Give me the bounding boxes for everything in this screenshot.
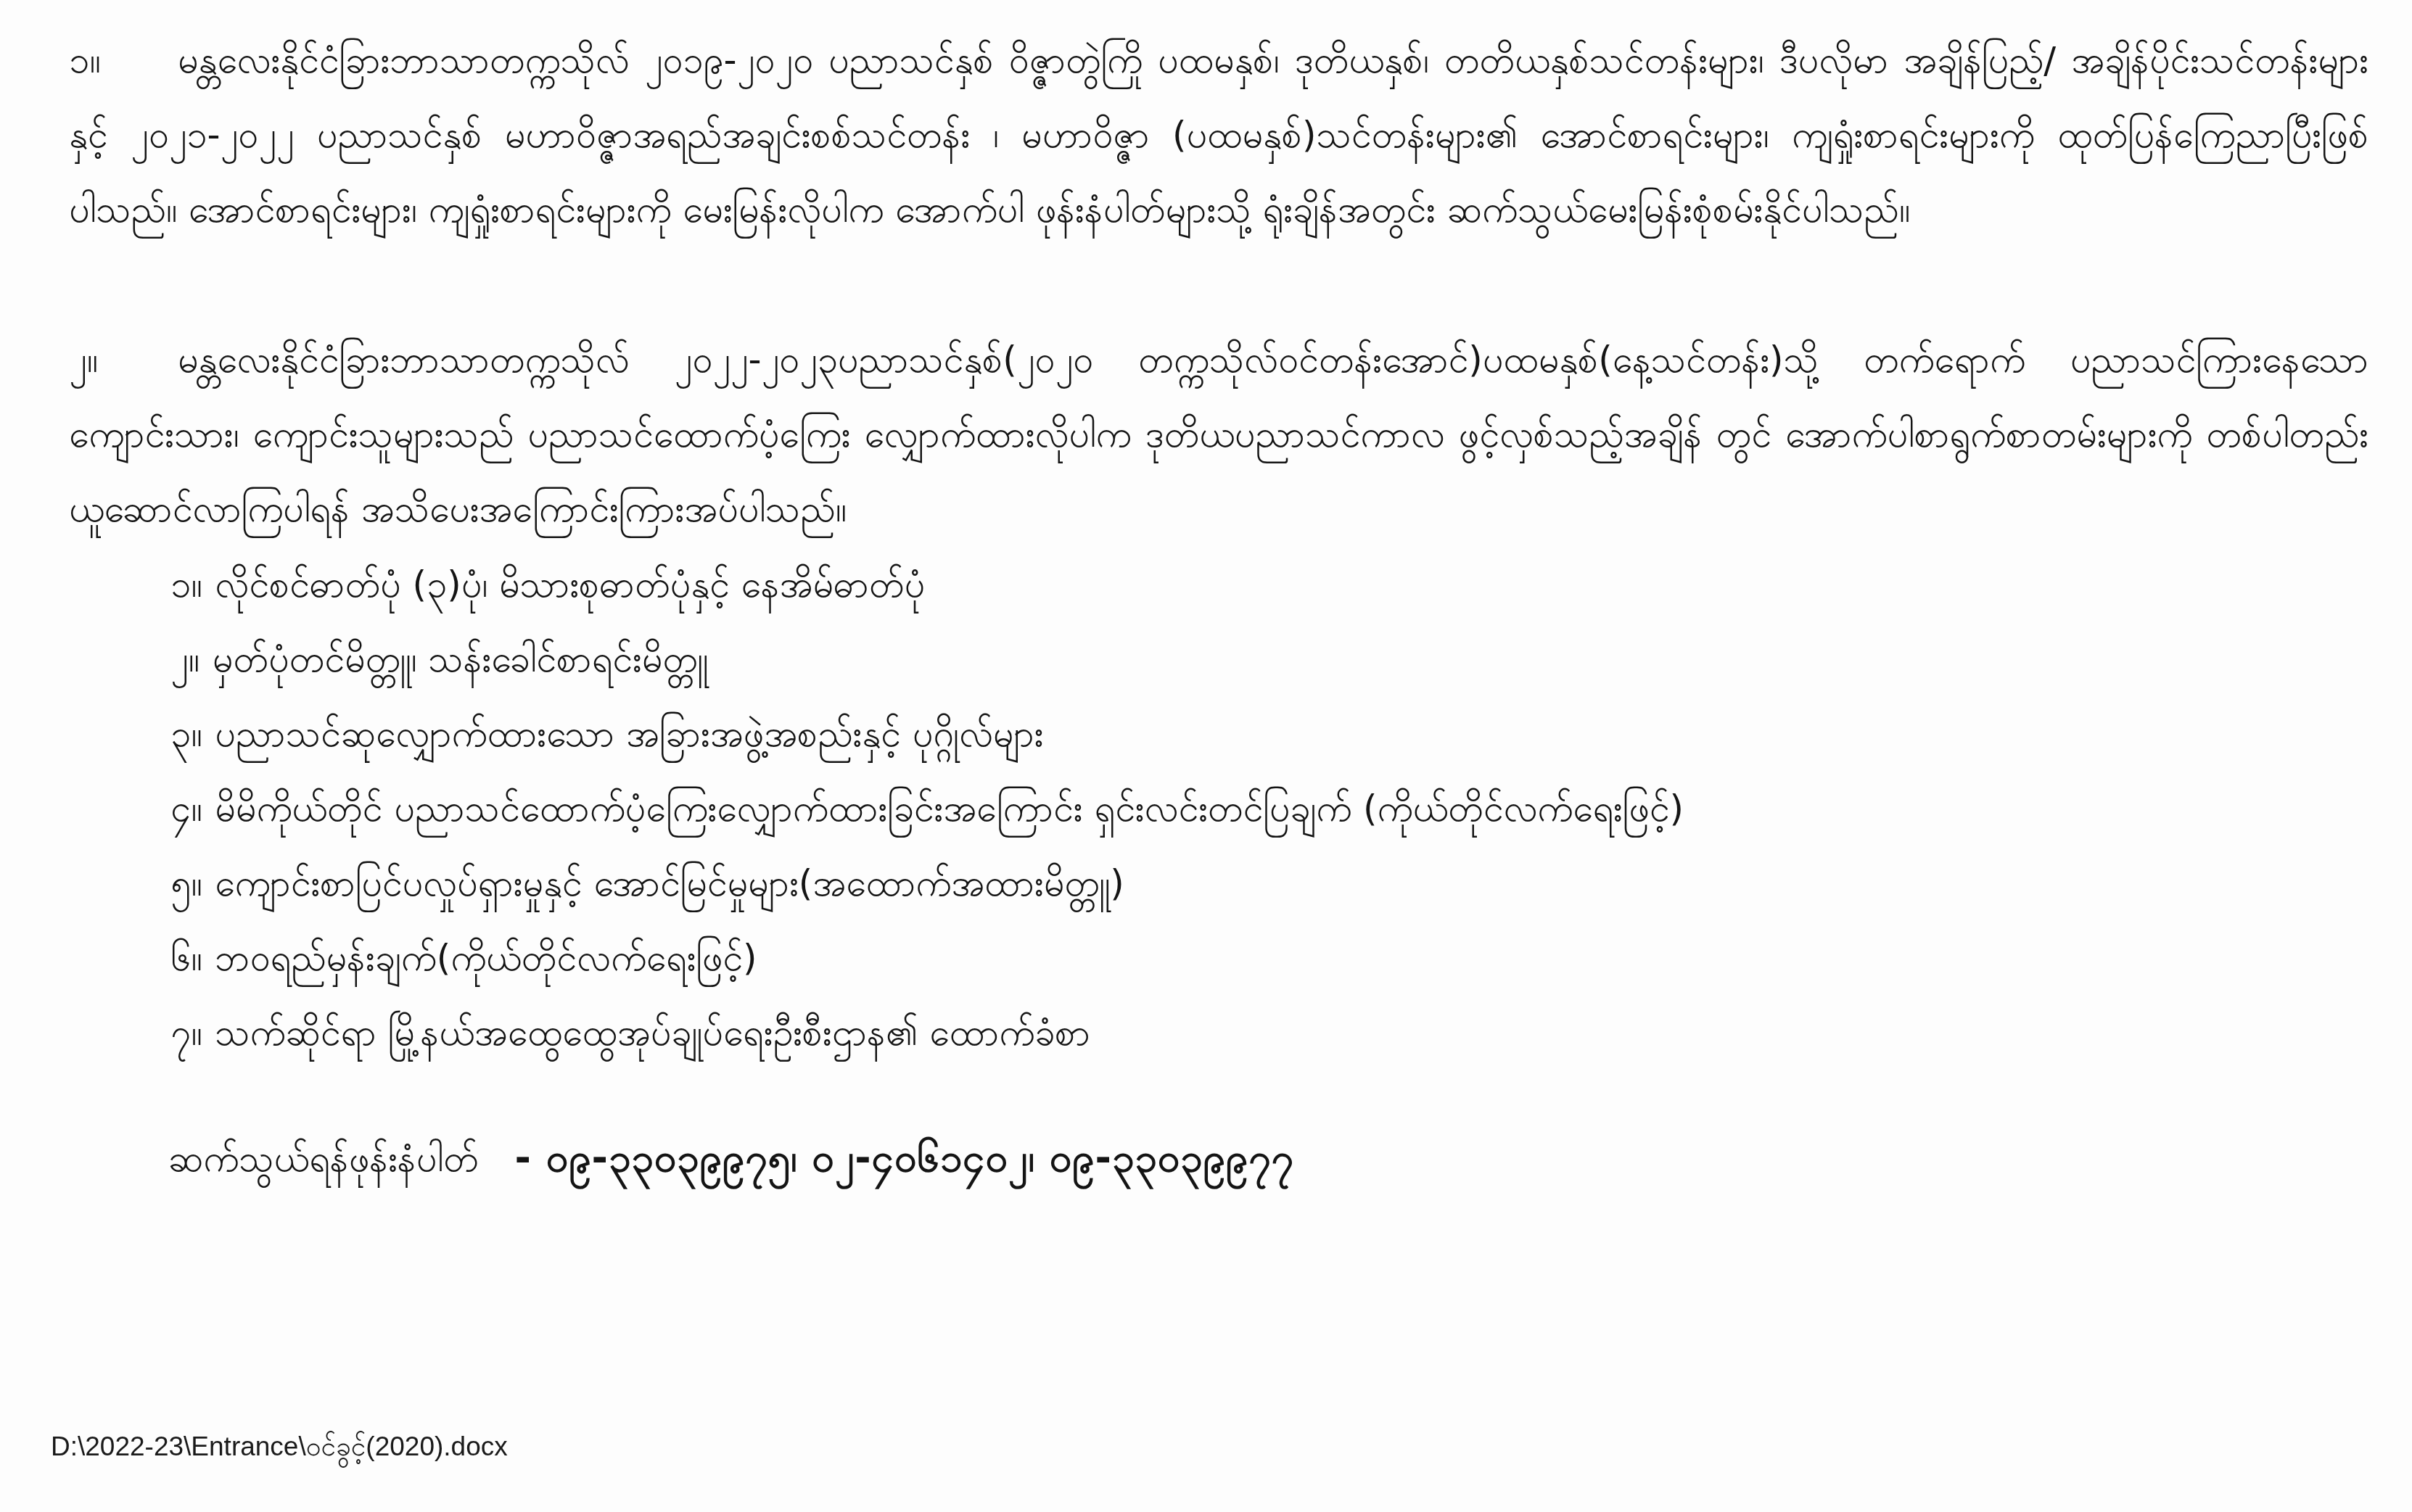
list-item-number: ၃။ [170, 713, 202, 755]
list-item-text: မှတ်ပုံတင်မိတ္တူ၊ သန်းခေါင်စာရင်းမိတ္တူ [213, 638, 709, 680]
list-item-text: ဘဝရည်မှန်းချက်(ကိုယ်တိုင်လက်ရေးဖြင့်) [215, 937, 757, 979]
paragraph-stipend-notice: ၂။မန္တလေးနိုင်ငံခြားဘာသာတက္ကသိုလ် ၂၀၂၂-၂… [69, 323, 2368, 547]
list-item-text: ကျောင်းစာပြင်ပလှုပ်ရှားမှုနှင့် အောင်မြင… [215, 862, 1124, 904]
list-item-number: ၅။ [170, 862, 202, 904]
contact-label: ဆက်သွယ်ရန်ဖုန်းနံပါတ် [168, 1122, 479, 1197]
footer-file-path: D:\2022-23\Entrance\ဝင်ခွင့်(2020).docx [51, 1430, 508, 1469]
list-item-text: သက်ဆိုင်ရာ မြို့နယ်အထွေထွေအုပ်ချုပ်ရေးဦး… [215, 1012, 1090, 1054]
list-item-number: ၄။ [170, 788, 202, 830]
paragraph-text: မန္တလေးနိုင်ငံခြားဘာသာတက္ကသိုလ် ၂၀၂၂-၂၀၂… [69, 339, 2368, 530]
list-item: ၆။ဘဝရည်မှန်းချက်(ကိုယ်တိုင်လက်ရေးဖြင့်) [170, 921, 1684, 996]
list-item: ၄။မိမိကိုယ်တိုင် ပညာသင်ထောက်ပံ့ကြေးလျှော… [170, 772, 1684, 846]
list-item-text: လိုင်စင်ဓာတ်ပုံ (၃)ပုံ၊ မိသားစုဓာတ်ပုံနှ… [215, 563, 925, 606]
list-item-number: ၂။ [170, 638, 199, 680]
contact-phone-numbers: - ၀၉-၃၃၀၃၉၉၇၅၊ ၀၂-၄၀၆၁၄၀၂၊ ၀၉-၃၃၀၃၉၉၇၇ [515, 1135, 1294, 1181]
list-item-number: ၇။ [170, 1012, 202, 1054]
list-item: ၅။ကျောင်းစာပြင်ပလှုပ်ရှားမှုနှင့် အောင်မ… [170, 846, 1684, 921]
paragraph-results-announcement: ၁။မန္တလေးနိုင်ငံခြားဘာသာတက္ကသိုလ် ၂၀၁၉-၂… [69, 23, 2368, 247]
list-item: ၇။သက်ဆိုင်ရာ မြို့နယ်အထွေထွေအုပ်ချုပ်ရေး… [170, 996, 1684, 1070]
list-item-text: ပညာသင်ဆုလျှောက်ထားသော အခြားအဖွဲ့အစည်းနှင… [215, 713, 1043, 755]
contact-phone-line: ဆက်သွယ်ရန်ဖုန်းနံပါတ်- ၀၉-၃၃၀၃၉၉၇၅၊ ၀၂-၄… [168, 1120, 1294, 1197]
paragraph-number: ၁။ [69, 23, 178, 98]
scanned-document-page: ၁။မန္တလေးနိုင်ငံခြားဘာသာတက္ကသိုလ် ၂၀၁၉-၂… [0, 0, 2412, 1512]
paragraph-text: မန္တလေးနိုင်ငံခြားဘာသာတက္ကသိုလ် ၂၀၁၉-၂၀၂… [69, 39, 2368, 231]
paragraph-number: ၂။ [69, 323, 178, 397]
required-documents-list: ၁။လိုင်စင်ဓာတ်ပုံ (၃)ပုံ၊ မိသားစုဓာတ်ပုံ… [170, 548, 1684, 1070]
list-item: ၃။ပညာသင်ဆုလျှောက်ထားသော အခြားအဖွဲ့အစည်းန… [170, 697, 1684, 772]
list-item-text: မိမိကိုယ်တိုင် ပညာသင်ထောက်ပံ့ကြေးလျှောက်… [215, 788, 1684, 830]
list-item: ၂။မှတ်ပုံတင်မိတ္တူ၊ သန်းခေါင်စာရင်းမိတ္တ… [170, 622, 1684, 697]
list-item-number: ၆။ [170, 937, 202, 979]
list-item: ၁။လိုင်စင်ဓာတ်ပုံ (၃)ပုံ၊ မိသားစုဓာတ်ပုံ… [170, 548, 1684, 622]
list-item-number: ၁။ [170, 563, 202, 606]
